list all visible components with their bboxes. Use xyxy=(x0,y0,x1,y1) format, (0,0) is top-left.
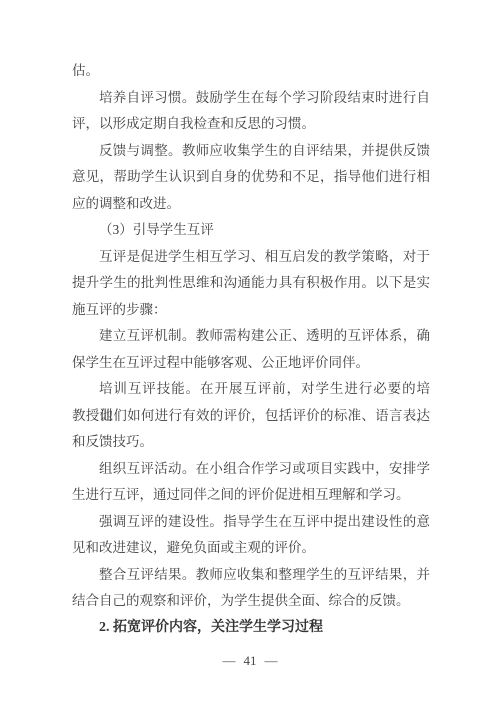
text-line: 反馈与调整。教师应收集学生的自评结果，并提供反馈 xyxy=(72,138,430,165)
text-line: 和反馈技巧。 xyxy=(72,429,430,456)
text-line: 培训互评技能。在开展互评前，对学生进行必要的培训， xyxy=(72,376,430,403)
section-heading: 2. 拓宽评价内容，关注学生学习过程 xyxy=(72,615,430,642)
text-line: 生进行互评，通过同伴之间的评价促进相互理解和学习。 xyxy=(72,482,430,509)
text-line: 估。 xyxy=(72,58,430,85)
text-line: 保学生在互评过程中能够客观、公正地评价同伴。 xyxy=(72,350,430,377)
text-line: 施互评的步骤： xyxy=(72,297,430,324)
page-footer: —41— xyxy=(0,653,500,669)
footer-dash-left: — xyxy=(223,653,236,668)
text-line: 互评是促进学生相互学习、相互启发的教学策略，对于 xyxy=(72,244,430,271)
text-line: 建立互评机制。教师需构建公正、透明的互评体系，确 xyxy=(72,323,430,350)
text-line: 培养自评习惯。鼓励学生在每个学习阶段结束时进行自 xyxy=(72,85,430,112)
page-body-text: 估。培养自评习惯。鼓励学生在每个学习阶段结束时进行自评，以形成定期自我检查和反思… xyxy=(72,58,430,641)
footer-dash-right: — xyxy=(265,653,278,668)
document-page: 估。培养自评习惯。鼓励学生在每个学习阶段结束时进行自评，以形成定期自我检查和反思… xyxy=(0,0,500,707)
text-line: 组织互评活动。在小组合作学习或项目实践中，安排学 xyxy=(72,456,430,483)
text-line: 应的调整和改进。 xyxy=(72,191,430,218)
footer-page-number: 41 xyxy=(244,653,257,668)
text-line: 见和改进建议，避免负面或主观的评价。 xyxy=(72,535,430,562)
text-line: 整合互评结果。教师应收集和整理学生的互评结果，并 xyxy=(72,562,430,589)
text-line: （3）引导学生互评 xyxy=(72,217,430,244)
text-line: 强调互评的建设性。指导学生在互评中提出建设性的意 xyxy=(72,509,430,536)
text-line: 结合自己的观察和评价，为学生提供全面、综合的反馈。 xyxy=(72,588,430,615)
text-line: 意见，帮助学生认识到自身的优势和不足，指导他们进行相 xyxy=(72,164,430,191)
text-line: 评，以形成定期自我检查和反思的习惯。 xyxy=(72,111,430,138)
text-line: 提升学生的批判性思维和沟通能力具有积极作用。以下是实 xyxy=(72,270,430,297)
text-line: 教授他们如何进行有效的评价，包括评价的标准、语言表达 xyxy=(72,403,430,430)
